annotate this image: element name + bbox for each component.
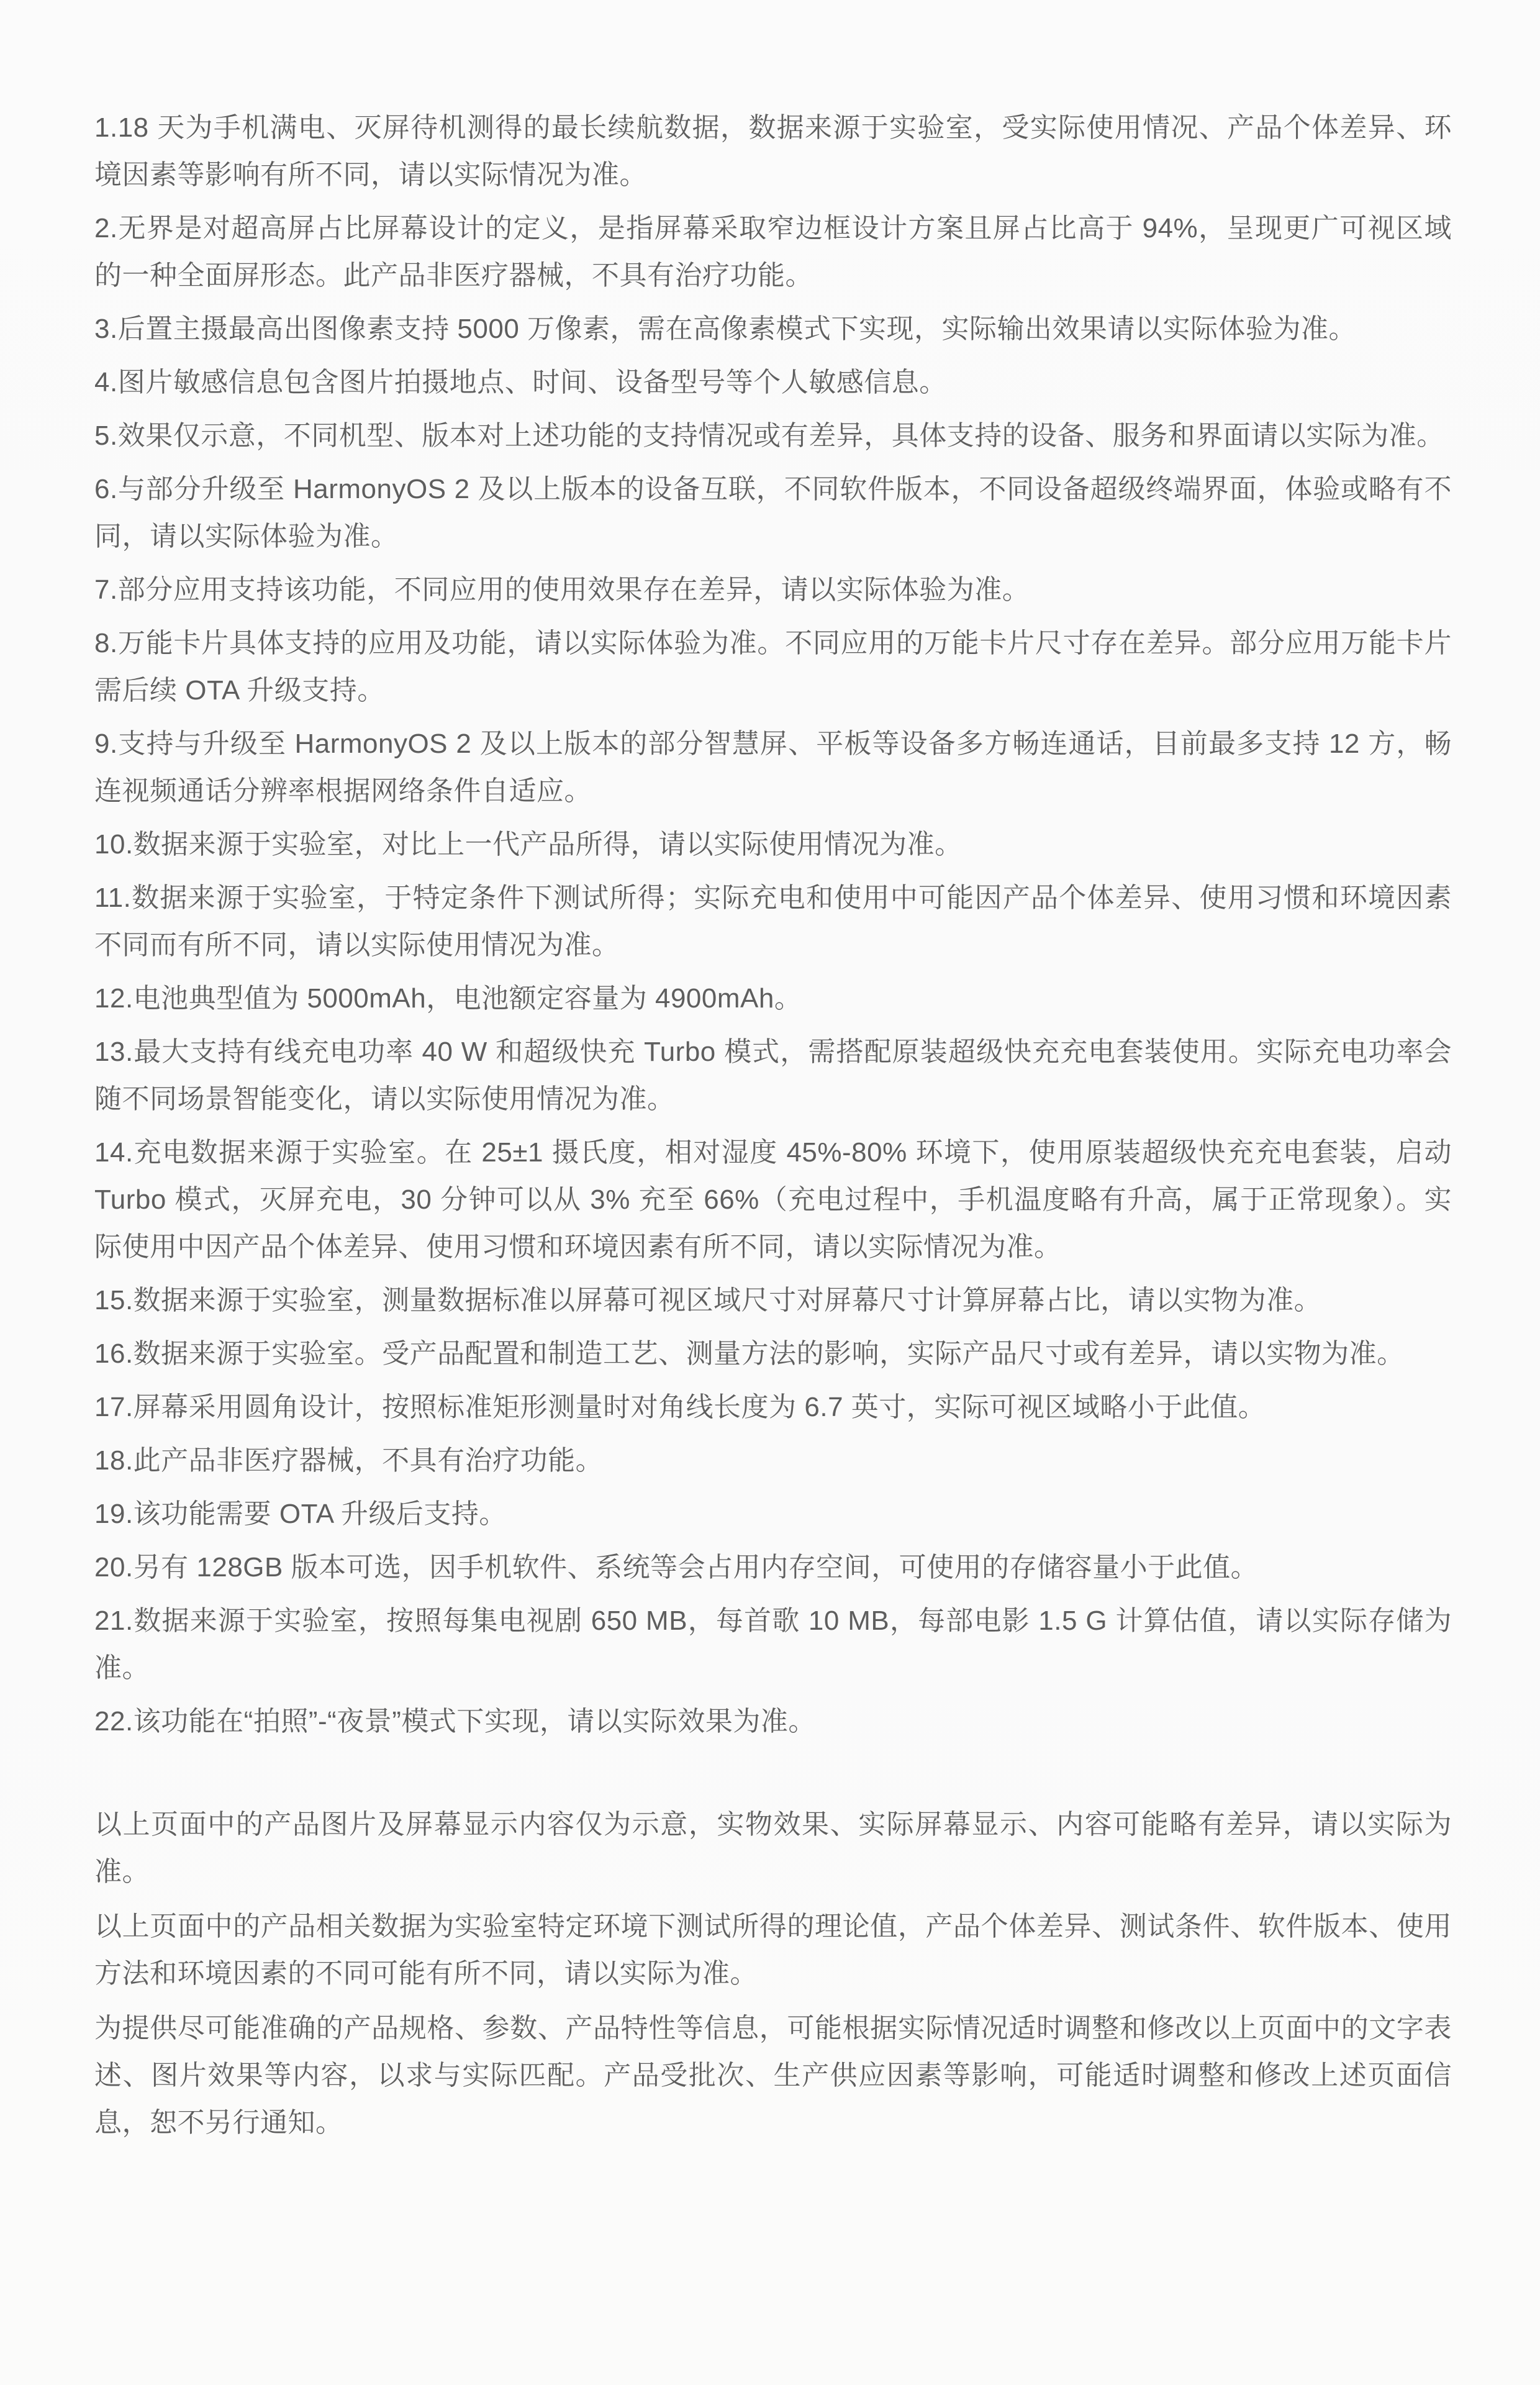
footnote-item: 20.另有 128GB 版本可选，因手机软件、系统等会占用内存空间，可使用的存储… — [94, 1544, 1452, 1591]
closing-paragraph: 以上页面中的产品图片及屏幕显示内容仅为示意，实物效果、实际屏幕显示、内容可能略有… — [94, 1801, 1452, 1896]
footnote-item: 17.屏幕采用圆角设计，按照标准矩形测量时对角线长度为 6.7 英寸，实际可视区… — [94, 1384, 1452, 1431]
footnote-item: 16.数据来源于实验室。受产品配置和制造工艺、测量方法的影响，实际产品尺寸或有差… — [94, 1330, 1452, 1378]
footnote-item: 11.数据来源于实验室，于特定条件下测试所得；实际充电和使用中可能因产品个体差异… — [94, 874, 1452, 969]
footnote-item: 4.图片敏感信息包含图片拍摄地点、时间、设备型号等个人敏感信息。 — [94, 359, 1452, 406]
footnote-item: 12.电池典型值为 5000mAh，电池额定容量为 4900mAh。 — [94, 975, 1452, 1022]
footnote-item: 15.数据来源于实验室，测量数据标准以屏幕可视区域尺寸对屏幕尺寸计算屏幕占比，请… — [94, 1277, 1452, 1324]
footnote-item: 6.与部分升级至 HarmonyOS 2 及以上版本的设备互联，不同软件版本，不… — [94, 466, 1452, 560]
footnote-item: 21.数据来源于实验室，按照每集电视剧 650 MB，每首歌 10 MB，每部电… — [94, 1597, 1452, 1692]
disclaimer-page: 1.18 天为手机满电、灭屏待机测得的最长续航数据，数据来源于实验室，受实际使用… — [0, 0, 1540, 2385]
footnote-item: 14.充电数据来源于实验室。在 25±1 摄氏度，相对湿度 45%-80% 环境… — [94, 1129, 1452, 1271]
footnote-list: 1.18 天为手机满电、灭屏待机测得的最长续航数据，数据来源于实验室，受实际使用… — [94, 104, 1452, 1745]
disclaimer-content: 1.18 天为手机满电、灭屏待机测得的最长续航数据，数据来源于实验室，受实际使用… — [94, 104, 1452, 2146]
footnote-item: 7.部分应用支持该功能，不同应用的使用效果存在差异，请以实际体验为准。 — [94, 566, 1452, 614]
footnote-item: 9.支持与升级至 HarmonyOS 2 及以上版本的部分智慧屏、平板等设备多方… — [94, 720, 1452, 815]
footnote-item: 8.万能卡片具体支持的应用及功能，请以实际体验为准。不同应用的万能卡片尺寸存在差… — [94, 620, 1452, 714]
footnote-item: 13.最大支持有线充电功率 40 W 和超级快充 Turbo 模式，需搭配原装超… — [94, 1029, 1452, 1123]
footnote-item: 19.该功能需要 OTA 升级后支持。 — [94, 1491, 1452, 1538]
closing-paragraphs: 以上页面中的产品图片及屏幕显示内容仅为示意，实物效果、实际屏幕显示、内容可能略有… — [94, 1801, 1452, 2146]
footnote-item: 1.18 天为手机满电、灭屏待机测得的最长续航数据，数据来源于实验室，受实际使用… — [94, 104, 1452, 199]
footnote-item: 22.该功能在“拍照”-“夜景”模式下实现，请以实际效果为准。 — [94, 1698, 1452, 1745]
footnote-item: 18.此产品非医疗器械，不具有治疗功能。 — [94, 1437, 1452, 1484]
footnote-item: 3.后置主摄最高出图像素支持 5000 万像素，需在高像素模式下实现，实际输出效… — [94, 306, 1452, 353]
closing-paragraph: 为提供尽可能准确的产品规格、参数、产品特性等信息，可能根据实际情况适时调整和修改… — [94, 2005, 1452, 2146]
closing-paragraph: 以上页面中的产品相关数据为实验室特定环境下测试所得的理论值，产品个体差异、测试条… — [94, 1903, 1452, 1997]
footnote-item: 2.无界是对超高屏占比屏幕设计的定义，是指屏幕采取窄边框设计方案且屏占比高于 9… — [94, 205, 1452, 299]
footnote-item: 10.数据来源于实验室，对比上一代产品所得，请以实际使用情况为准。 — [94, 821, 1452, 868]
footnote-item: 5.效果仅示意，不同机型、版本对上述功能的支持情况或有差异，具体支持的设备、服务… — [94, 412, 1452, 460]
